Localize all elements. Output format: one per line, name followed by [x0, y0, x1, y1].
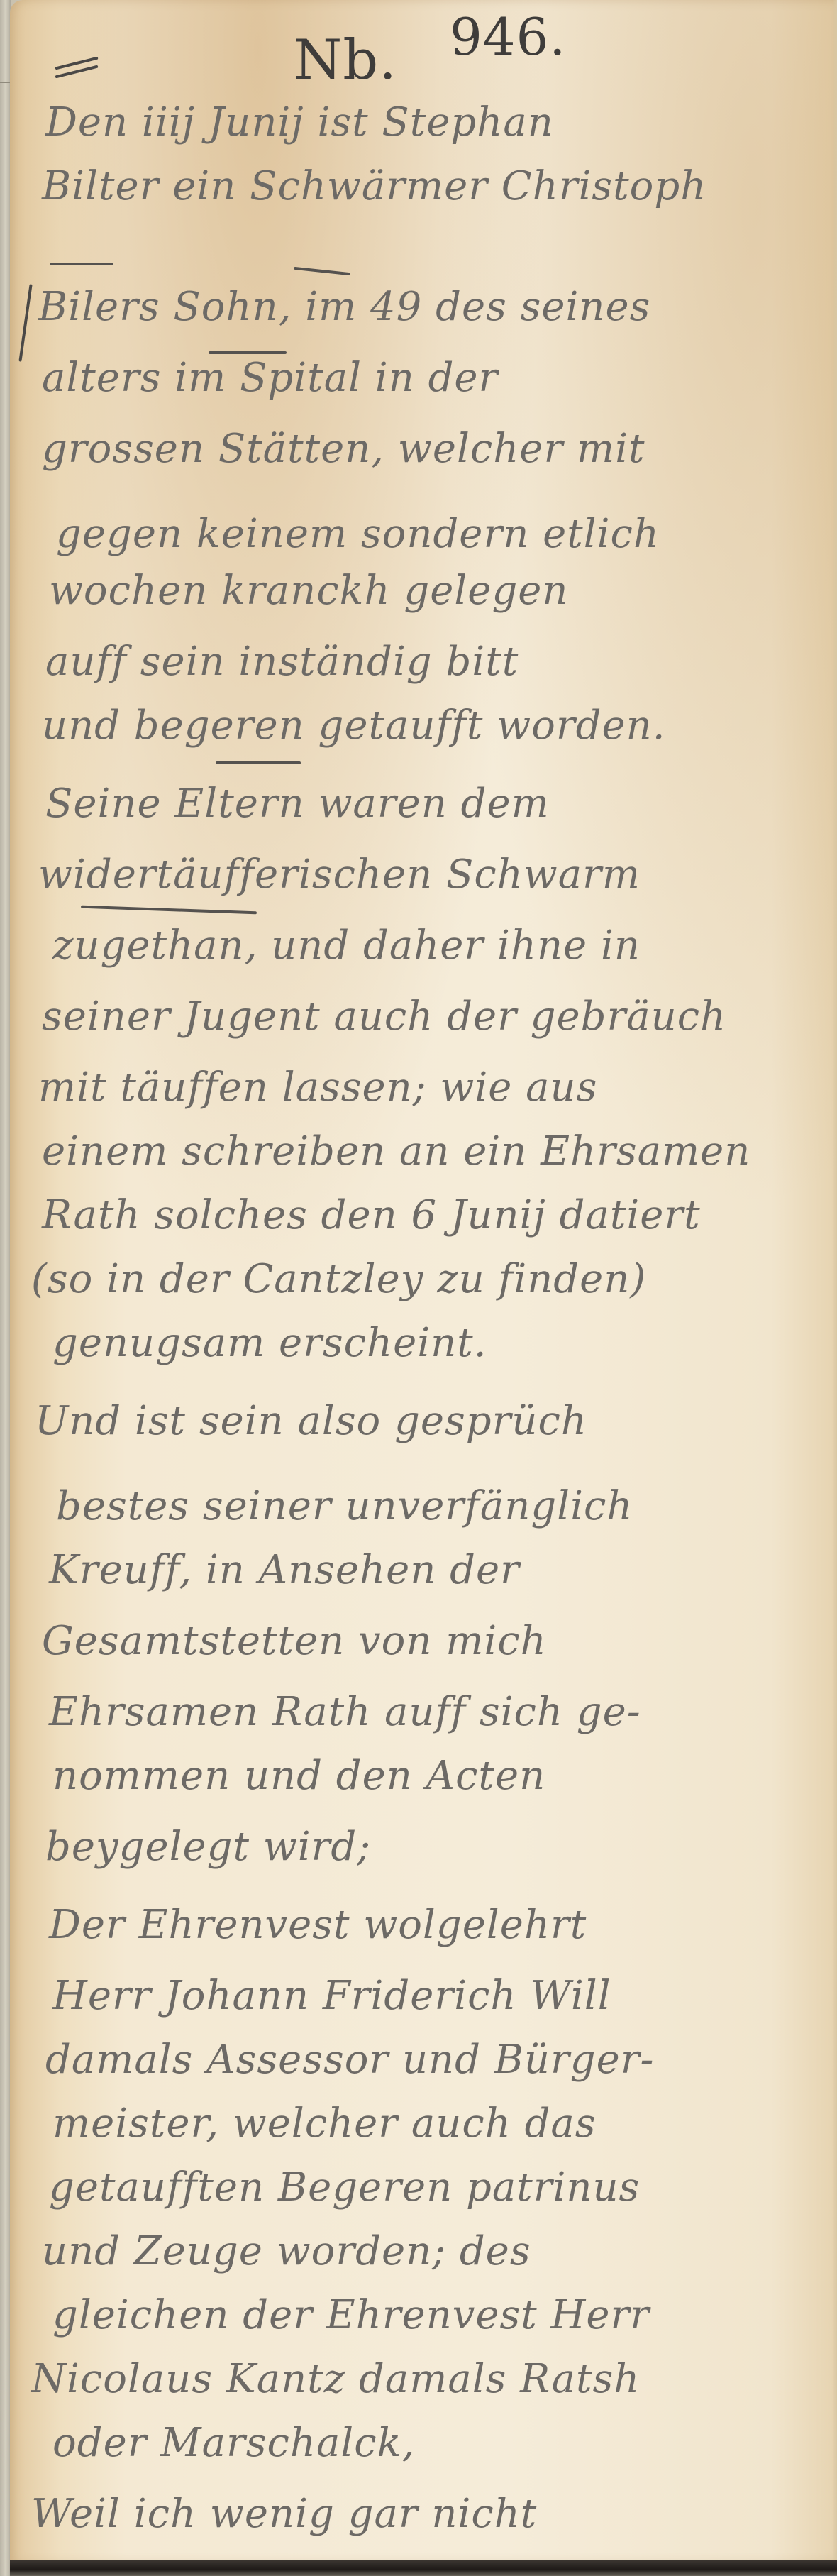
- text-line-26: Der Ehrenvest wolgelehrt: [49, 1902, 587, 1948]
- text-line-33: Nicolaus Kantz damals Ratsh: [31, 2356, 640, 2402]
- text-line-8: auff sein inständig bitt: [45, 639, 519, 685]
- entry-number-label: Nb.: [294, 28, 397, 92]
- underline-spital: [209, 351, 287, 354]
- page-bottom-edge: [10, 2560, 837, 2576]
- entry-number: 946.: [450, 7, 566, 67]
- text-line-6: gegen keinem sondern etlich: [56, 511, 660, 557]
- text-line-21: Kreuff, in Ansehen der: [49, 1547, 520, 1593]
- text-line-25: beygelegt wird;: [45, 1824, 371, 1870]
- text-line-9: und begeren getaufft worden.: [42, 703, 666, 749]
- text-line-35: Weil ich wenig gar nicht: [31, 2491, 537, 2537]
- text-line-3: Bilers Sohn, im 49 des seines: [38, 284, 650, 330]
- margin-double-line-mark: [55, 60, 99, 76]
- text-line-2: Bilter ein Schwärmer Christoph: [42, 163, 706, 209]
- text-line-5: grossen Stätten, welcher mit: [42, 426, 645, 472]
- underline-getaufft: [216, 761, 301, 764]
- underline-bilter: [50, 263, 113, 265]
- text-line-18: genugsam erscheint.: [52, 1320, 487, 1366]
- text-line-13: seiner Jugent auch der gebräuch: [42, 993, 726, 1040]
- text-line-34: oder Marschalck,: [52, 2420, 415, 2466]
- text-line-29: meister, welcher auch das: [52, 2101, 597, 2147]
- page-right-edge: [833, 0, 837, 2563]
- margin-vertical-mark: [18, 284, 32, 361]
- manuscript-page: Nb. 946. Den iiij Junij ist Stephan Bilt…: [10, 0, 837, 2563]
- text-line-27: Herr Johann Friderich Will: [52, 1973, 611, 2019]
- text-line-19: Und ist sein also gesprüch: [35, 1398, 587, 1444]
- text-line-12: zugethan, und daher ihne in: [52, 923, 641, 969]
- text-line-32: gleichen der Ehrenvest Herr: [52, 2292, 650, 2338]
- text-line-11: widertäufferischen Schwarm: [38, 852, 641, 898]
- text-line-20: bestes seiner unverfänglich: [56, 1483, 633, 1529]
- text-line-7: wochen kranckh gelegen: [49, 568, 569, 614]
- text-line-28: damals Assessor und Bürger-: [45, 2037, 654, 2083]
- text-line-24: nommen und den Acten: [52, 1753, 545, 1799]
- underline-christoph: [294, 267, 350, 275]
- text-line-31: und Zeuge worden; des: [42, 2228, 531, 2274]
- text-line-30: getaufften Begeren patrinus: [49, 2164, 640, 2211]
- underline-widertaeufferischen: [81, 906, 257, 915]
- text-line-17: (so in der Cantzley zu finden): [31, 1256, 646, 1302]
- text-line-14: mit täuffen lassen; wie aus: [38, 1064, 597, 1111]
- text-line-16: Rath solches den 6 Junij datiert: [42, 1192, 701, 1238]
- text-line-23: Ehrsamen Rath auff sich ge-: [49, 1689, 641, 1735]
- text-line-10: Seine Eltern waren dem: [45, 781, 550, 827]
- text-line-4: alters im Spital in der: [42, 355, 498, 401]
- text-line-15: einem schreiben an ein Ehrsamen: [42, 1128, 750, 1174]
- text-line-22: Gesamtstetten von mich: [42, 1618, 547, 1664]
- text-line-1: Den iiij Junij ist Stephan: [45, 99, 554, 145]
